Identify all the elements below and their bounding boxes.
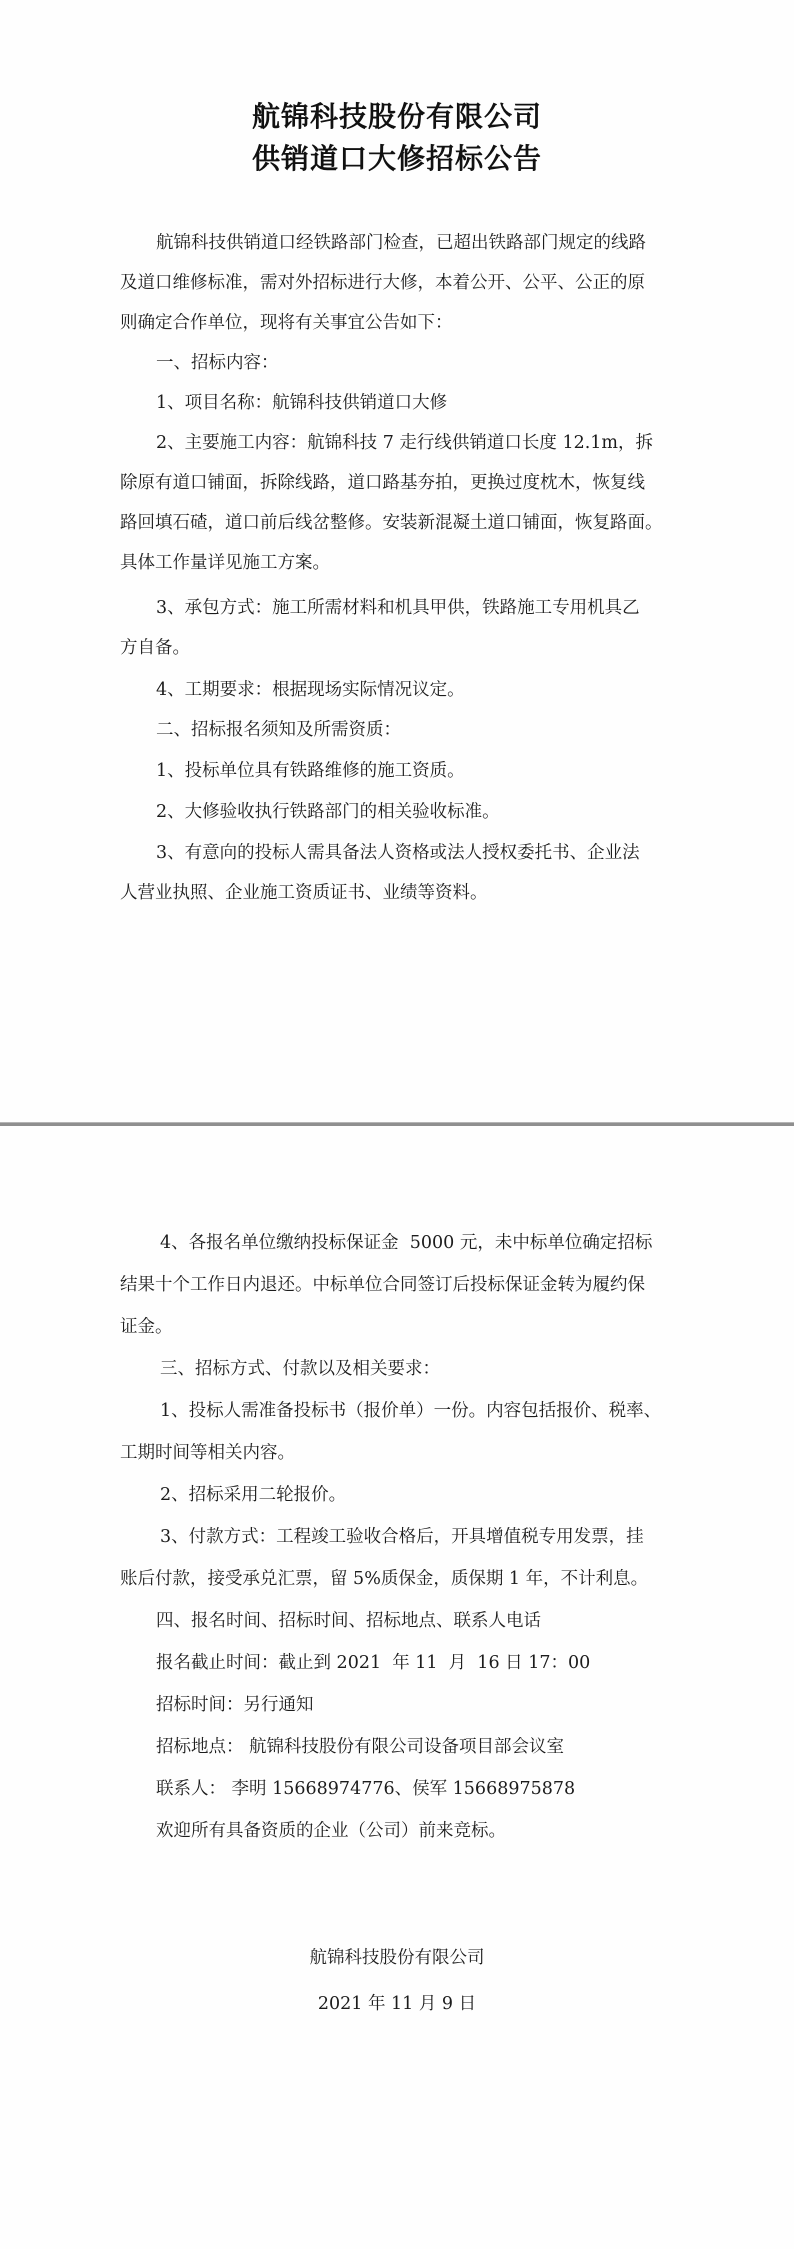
welcome-statement: 欢迎所有具备资质的企业（公司）前来竞标。 (120, 1810, 680, 1852)
section1-item-2-line-1: 2、主要施工内容：航锦科技 7 走行线供销道口长度 12.1m，拆 (156, 433, 653, 453)
section1-heading: 一、招标内容： (120, 343, 680, 383)
section2-item-3-line-2: 人营业执照、企业施工资质证书、业绩等资料。 (120, 883, 488, 903)
section4-heading: 四、报名时间、招标时间、招标地点、联系人电话 (120, 1600, 680, 1642)
section2-heading: 二、招标报名须知及所需资质： (120, 710, 680, 750)
section3-heading-text: 三、招标方式、付款以及相关要求： (160, 1359, 440, 1379)
section3-item-2-text: 2、招标采用二轮报价。 (160, 1485, 346, 1505)
bid-location-text: 招标地点： 航锦科技股份有限公司设备项目部会议室 (156, 1737, 564, 1757)
section3-item-2: 2、招标采用二轮报价。 (120, 1474, 680, 1516)
section2-item-3: 3、有意向的投标人需具备法人资格或法人授权委托书、企业法 人营业执照、企业施工资… (120, 833, 680, 913)
bid-time: 招标时间：另行通知 (120, 1684, 680, 1726)
section4-heading-text: 四、报名时间、招标时间、招标地点、联系人电话 (156, 1611, 541, 1631)
section1-item-1-text: 1、项目名称：航锦科技供销道口大修 (156, 393, 447, 413)
bid-time-text: 招标时间：另行通知 (156, 1695, 314, 1715)
section2-item-4-line-1: 4、各报名单位缴纳投标保证金 5000 元，未中标单位确定招标 (160, 1233, 652, 1253)
intro-line-3: 则确定合作单位，现将有关事宜公告如下： (120, 313, 453, 333)
section1-item-2-line-4: 具体工作量详见施工方案。 (120, 553, 330, 573)
section1-item-2-line-3: 路回填石碴，道口前后线岔整修。安装新混凝土道口铺面，恢复路面。 (120, 513, 663, 533)
section1-item-2: 2、主要施工内容：航锦科技 7 走行线供销道口长度 12.1m，拆 除原有道口铺… (120, 423, 680, 583)
section1-item-4-text: 4、工期要求：根据现场实际情况议定。 (156, 680, 465, 700)
signature-date: 2021 年 11 月 9 日 (0, 1982, 794, 2026)
section2-heading-text: 二、招标报名须知及所需资质： (156, 720, 401, 740)
registration-deadline: 报名截止时间：截止到 2021 年 11 月 16 日 17：00 (120, 1642, 680, 1684)
section3-item-1-line-1: 1、投标人需准备投标书（报价单）一份。内容包括报价、税率、 (160, 1401, 661, 1421)
section3-heading: 三、招标方式、付款以及相关要求： (120, 1348, 680, 1390)
intro-paragraph: 航锦科技供销道口经铁路部门检查，已超出铁路部门规定的线路 及道口维修标准，需对外… (120, 223, 680, 343)
contact-persons-text: 联系人： 李明 15668974776、侯军 15668975878 (156, 1779, 575, 1799)
section3-item-3-line-2: 账后付款，接受承兑汇票，留 5%质保金，质保期 1 年，不计利息。 (120, 1569, 648, 1589)
signature-company: 航锦科技股份有限公司 (0, 1936, 794, 1980)
section1-heading-text: 一、招标内容： (156, 353, 279, 373)
section3-item-3: 3、付款方式：工程竣工验收合格后，开具增值税专用发票，挂 账后付款，接受承兑汇票… (120, 1516, 680, 1600)
section1-item-1: 1、项目名称：航锦科技供销道口大修 (120, 383, 680, 423)
section3-item-3-line-1: 3、付款方式：工程竣工验收合格后，开具增值税专用发票，挂 (160, 1527, 644, 1547)
section2-item-4: 4、各报名单位缴纳投标保证金 5000 元，未中标单位确定招标 结果十个工作日内… (120, 1222, 680, 1348)
section2-item-1: 1、投标单位具有铁路维修的施工资质。 (120, 751, 680, 791)
intro-line-2: 及道口维修标准，需对外招标进行大修，本着公开、公平、公正的原 (120, 273, 645, 293)
section2-item-2-text: 2、大修验收执行铁路部门的相关验收标准。 (156, 802, 500, 822)
section2-item-3-line-1: 3、有意向的投标人需具备法人资格或法人授权委托书、企业法 (156, 843, 640, 863)
registration-deadline-text: 报名截止时间：截止到 2021 年 11 月 16 日 17：00 (156, 1653, 590, 1673)
intro-line-1: 航锦科技供销道口经铁路部门检查，已超出铁路部门规定的线路 (156, 233, 646, 253)
bid-location: 招标地点： 航锦科技股份有限公司设备项目部会议室 (120, 1726, 680, 1768)
document-title-company: 航锦科技股份有限公司 (0, 96, 794, 138)
section2-item-2: 2、大修验收执行铁路部门的相关验收标准。 (120, 792, 680, 832)
contact-persons: 联系人： 李明 15668974776、侯军 15668975878 (120, 1768, 680, 1810)
section3-item-1: 1、投标人需准备投标书（报价单）一份。内容包括报价、税率、 工期时间等相关内容。 (120, 1390, 680, 1474)
section1-item-3: 3、承包方式：施工所需材料和机具甲供，铁路施工专用机具乙 方自备。 (120, 588, 680, 668)
section1-item-3-line-2: 方自备。 (120, 638, 190, 658)
section2-item-1-text: 1、投标单位具有铁路维修的施工资质。 (156, 761, 465, 781)
document-page-1: 航锦科技股份有限公司 供销道口大修招标公告 航锦科技供销道口经铁路部门检查，已超… (0, 0, 794, 1122)
section1-item-4: 4、工期要求：根据现场实际情况议定。 (120, 670, 680, 710)
document-page-2: 4、各报名单位缴纳投标保证金 5000 元，未中标单位确定招标 结果十个工作日内… (0, 1126, 794, 2249)
welcome-statement-text: 欢迎所有具备资质的企业（公司）前来竞标。 (156, 1821, 506, 1841)
document-title-notice: 供销道口大修招标公告 (0, 138, 794, 180)
section2-item-4-line-2: 结果十个工作日内退还。中标单位合同签订后投标保证金转为履约保 (120, 1275, 645, 1295)
section3-item-1-line-2: 工期时间等相关内容。 (120, 1443, 295, 1463)
section1-item-3-line-1: 3、承包方式：施工所需材料和机具甲供，铁路施工专用机具乙 (156, 598, 640, 618)
section1-item-2-line-2: 除原有道口铺面，拆除线路，道口路基夯拍，更换过度枕木，恢复线 (120, 473, 645, 493)
section2-item-4-line-3: 证金。 (120, 1317, 173, 1337)
